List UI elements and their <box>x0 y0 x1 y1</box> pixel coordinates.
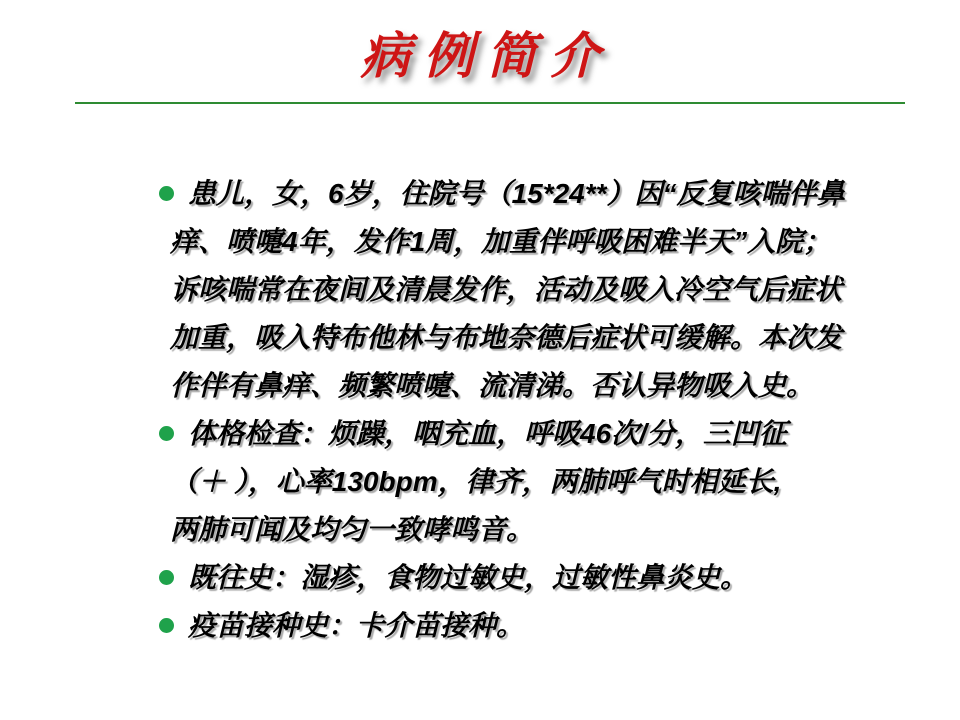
bullet-item-history: 患儿，女，6岁，住院号（15*24**）因“反复咳喘伴鼻 痒、喷嚏4年，发作1周… <box>159 170 889 410</box>
bullet-text-line: 加重，吸入特布他林与布地奈德后症状可缓解。本次发 <box>170 314 889 362</box>
bullet-icon <box>159 426 174 441</box>
bullet-text-line: 患儿，女，6岁，住院号（15*24**）因“反复咳喘伴鼻 <box>170 170 889 218</box>
bullet-item-physical-exam: 体格检查：烦躁，咽充血，呼吸46次/分，三凹征 （＋ ），心率130bpm，律齐… <box>159 410 889 554</box>
bullet-text-line: 诉咳喘常在夜间及清晨发作，活动及吸入冷空气后症状 <box>170 266 889 314</box>
title-divider-line <box>75 102 905 104</box>
bullet-icon <box>159 570 174 585</box>
presentation-slide: 病例简介 患儿，女，6岁，住院号（15*24**）因“反复咳喘伴鼻 痒、喷嚏4年… <box>0 0 960 720</box>
bullet-icon <box>159 618 174 633</box>
bullet-item-past-history: 既往史：湿疹，食物过敏史，过敏性鼻炎史。 <box>159 554 889 602</box>
bullet-text-line: 两肺可闻及均匀一致哮鸣音。 <box>170 506 889 554</box>
bullet-list: 患儿，女，6岁，住院号（15*24**）因“反复咳喘伴鼻 痒、喷嚏4年，发作1周… <box>159 170 889 650</box>
bullet-text-line: 体格检查：烦躁，咽充血，呼吸46次/分，三凹征 <box>170 410 889 458</box>
bullet-item-vaccination: 疫苗接种史：卡介苗接种。 <box>159 602 889 650</box>
bullet-text-line: 既往史：湿疹，食物过敏史，过敏性鼻炎史。 <box>170 554 889 602</box>
page-title: 病例简介 <box>0 28 960 84</box>
bullet-text-line: （＋ ），心率130bpm，律齐，两肺呼气时相延长, <box>170 458 889 506</box>
bullet-icon <box>159 186 174 201</box>
bullet-text-line: 疫苗接种史：卡介苗接种。 <box>170 602 889 650</box>
bullet-text-line: 痒、喷嚏4年，发作1周，加重伴呼吸困难半天”入院； <box>170 218 889 266</box>
bullet-text-line: 作伴有鼻痒、频繁喷嚏、流清涕。否认异物吸入史。 <box>170 362 889 410</box>
